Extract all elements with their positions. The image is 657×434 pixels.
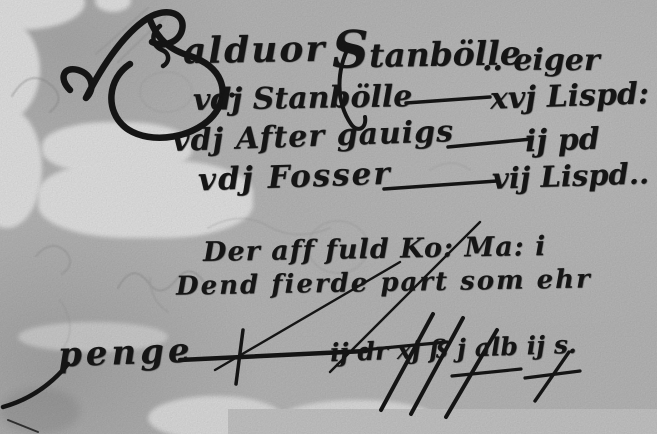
scan-edge-band <box>228 409 657 434</box>
holding-label: vdj Stanbölle <box>193 82 413 116</box>
holding-label: vdj Fosser <box>198 159 393 197</box>
ghost-stroke <box>150 278 168 312</box>
ghost-ring <box>140 72 192 112</box>
paper-white-patch <box>95 0 131 12</box>
ghost-stroke <box>96 8 168 62</box>
cancellation-slash <box>411 318 463 414</box>
initial-flourish <box>64 12 183 98</box>
ledger-dash <box>384 181 497 189</box>
paper-white-patch <box>0 108 42 228</box>
heading-tail: .. eiger <box>482 46 600 76</box>
manuscript-page: H alduor Stanbölle .. eiger vdj Stanböll… <box>0 0 657 434</box>
valuation-amount: ij dr xj ß j alb ij s. <box>330 332 577 366</box>
cross-mark <box>525 371 580 378</box>
holding-amount: ij pd <box>524 125 600 158</box>
note-line: Der aff fuld Ko: Ma: i <box>203 233 547 266</box>
ledger-dash <box>448 139 532 147</box>
ghost-stroke <box>430 163 470 170</box>
holding-amount: xvj Lispd: <box>490 79 650 115</box>
ghost-stroke <box>36 246 70 274</box>
heading-name: alduor <box>183 31 327 69</box>
cancellation-bar <box>452 369 521 376</box>
valuation-label: penge <box>57 334 194 373</box>
holding-amount: vij Lispd.. <box>492 159 650 193</box>
note-line: Dend fierde part som ehr <box>176 266 592 299</box>
initial-flourish <box>153 26 168 66</box>
paper-white-patch <box>150 192 225 234</box>
ledger-dash <box>406 97 490 103</box>
cross-mark <box>236 330 243 384</box>
corner-smudge <box>0 388 80 434</box>
holding-label: vdj After gauigs <box>172 117 455 157</box>
